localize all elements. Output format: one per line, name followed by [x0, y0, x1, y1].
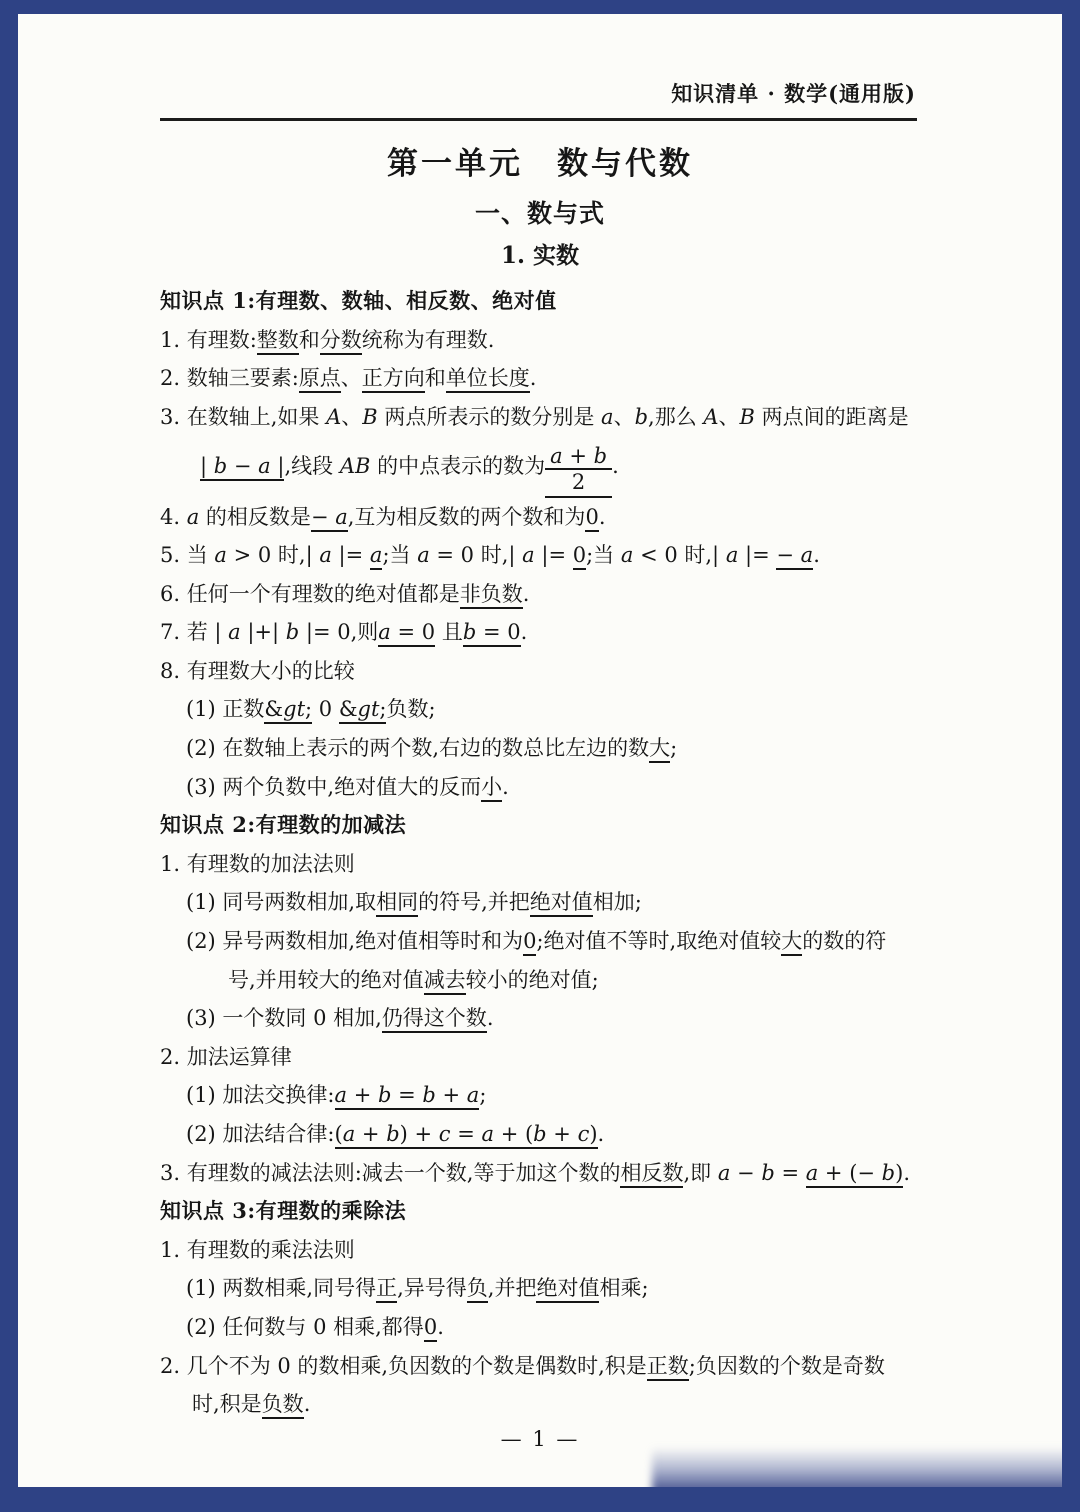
text-run: 知识点 1:有理数、数轴、相反数、绝对值 — [160, 288, 557, 313]
answer-blank: (a + b) + c = a + (b + c) — [335, 1122, 598, 1149]
text-run: 较小的绝对值; — [466, 968, 599, 992]
kp2-item-1-sub2: (2) 异号两数相加,绝对值相等时和为0;绝对值不等时,取绝对值较大的数的符 — [186, 922, 952, 961]
kp1-heading: 知识点 1:有理数、数轴、相反数、绝对值 — [160, 282, 952, 321]
text-run: b — [286, 620, 299, 644]
item-8-sub2: (2) 在数轴上表示的两个数,右边的数总比左边的数大; — [186, 729, 952, 768]
kp3-item-2: 2. 几个不为 0 的数相乘,负因数的个数是偶数时,积是正数;负因数的个数是奇数 — [160, 1347, 952, 1386]
answer-blank: 0 — [585, 505, 598, 532]
text-run: ;当 — [382, 543, 417, 567]
item-1-rational: 1. 有理数:整数和分数统称为有理数. — [160, 321, 952, 360]
text-run: = — [775, 1161, 806, 1185]
text-run: . — [598, 1122, 605, 1146]
text-run: 2. 数轴三要素: — [160, 366, 299, 390]
text-run: AB — [340, 454, 371, 478]
text-run: . — [521, 620, 528, 644]
text-run: ;当 — [586, 543, 621, 567]
text-run: (1) 同号两数相加,取 — [186, 890, 376, 914]
text-run: 负数; — [386, 697, 435, 721]
text-run: ; — [479, 1083, 486, 1107]
text-run: 1. 有理数: — [160, 328, 257, 352]
text-run: 7. 若 | — [160, 620, 228, 644]
answer-blank: 负数 — [262, 1392, 304, 1419]
kp2-item-3: 3. 有理数的减法法则:减去一个数,等于加这个数的相反数,即 a − b = a… — [160, 1154, 952, 1193]
text-run: (2) 在数轴上表示的两个数,右边的数总比左边的数 — [186, 736, 649, 760]
answer-blank: 0 — [573, 543, 586, 570]
text-run: A、B — [326, 405, 378, 429]
answer-blank: 分数 — [320, 328, 362, 355]
text-run: 的相反数是 — [199, 505, 311, 529]
kp3-item-1-sub2: (2) 任何数与 0 相乘,都得0. — [186, 1308, 952, 1347]
text-run: 6. 任何一个有理数的绝对值都是 — [160, 582, 460, 606]
text-run: 1. 有理数的加法法则 — [160, 852, 355, 876]
text-run: . — [502, 775, 509, 799]
kp3-item-1: 1. 有理数的乘法法则 — [160, 1231, 952, 1270]
answer-blank: 相同 — [376, 890, 418, 917]
text-run: 4. — [160, 505, 187, 529]
answer-blank: 仍得这个数 — [382, 1006, 487, 1033]
text-run: . — [903, 1161, 910, 1185]
kp2-item-1-sub3: (3) 一个数同 0 相加,仍得这个数. — [186, 999, 952, 1038]
section-title: 一、数与式 — [18, 194, 1062, 230]
answer-blank: b = 0 — [463, 620, 521, 647]
answer-blank: a = 0 — [378, 620, 435, 647]
text-run: a — [417, 543, 430, 567]
text-run: a、b — [601, 405, 648, 429]
screenshot-root: { "page": { "header_brand": "知识清单 · 数学(通… — [0, 0, 1080, 1512]
item-3-distance: 3. 在数轴上,如果 A、B 两点所表示的数分别是 a、b,那么 A、B 两点间… — [160, 398, 952, 437]
text-run: (2) 任何数与 0 相乘,都得 — [186, 1315, 424, 1339]
text-run: 时,积是 — [192, 1392, 262, 1416]
text-run: a — [228, 620, 241, 644]
kp2-item-2-sub1: (1) 加法交换律:a + b = b + a; — [186, 1076, 952, 1115]
text-run: (1) 正数 — [186, 697, 264, 721]
answer-blank: 大 — [649, 736, 670, 763]
item-7-sum-zero: 7. 若 | a |+| b |= 0,则a = 0 且b = 0. — [160, 613, 952, 652]
item-8-compare: 8. 有理数大小的比较 — [160, 652, 952, 691]
text-run: a − b — [718, 1161, 775, 1185]
item-8-sub1: (1) 正数&gt; 0 &gt;负数; — [186, 690, 952, 729]
text-run: . — [523, 582, 530, 606]
text-run: (1) 两数相乘,同号得 — [186, 1276, 376, 1300]
text-run: |+| — [241, 620, 286, 644]
text-run: 的数的符 — [802, 929, 886, 953]
text-run: 5. 当 — [160, 543, 214, 567]
text-run: (2) 加法结合律: — [186, 1122, 335, 1146]
kp2-item-1: 1. 有理数的加法法则 — [160, 845, 952, 884]
text-run: A、B — [703, 405, 755, 429]
text-run: . — [304, 1392, 311, 1416]
text-run: 的中点表示的数为 — [370, 454, 545, 478]
answer-blank: 0 — [424, 1315, 437, 1342]
kp2-item-2-sub2: (2) 加法结合律:(a + b) + c = a + (b + c). — [186, 1115, 952, 1154]
bottom-gradient-overlay — [652, 1435, 1062, 1487]
text-run: a — [319, 543, 332, 567]
text-run: ,异号得 — [397, 1276, 467, 1300]
answer-blank: 绝对值 — [530, 890, 593, 917]
item-8-sub3: (3) 两个负数中,绝对值大的反而小. — [186, 768, 952, 807]
text-run: . — [487, 1006, 494, 1030]
text-run: (3) 一个数同 0 相加, — [186, 1006, 382, 1030]
text-run: 相乘; — [599, 1276, 648, 1300]
answer-blank: 正方向 — [362, 366, 425, 393]
body-text: 知识点 1:有理数、数轴、相反数、绝对值1. 有理数:整数和分数统称为有理数.2… — [160, 282, 952, 1424]
text-run: ,并把 — [488, 1276, 537, 1300]
text-run: < 0 时,| — [633, 543, 725, 567]
answer-blank: a + (− b) — [806, 1161, 904, 1188]
kp3-item-2-continuation: 时,积是负数. — [192, 1385, 952, 1424]
text-run: 两点所表示的数分别是 — [378, 405, 601, 429]
text-run: ,线段 — [284, 454, 339, 478]
text-run: . — [612, 454, 619, 478]
item-6-nonnegative: 6. 任何一个有理数的绝对值都是非负数. — [160, 575, 952, 614]
text-run: 2. 加法运算律 — [160, 1045, 292, 1069]
text-run: ,互为相反数的两个数和为 — [348, 505, 586, 529]
text-run: 3. 在数轴上,如果 — [160, 405, 326, 429]
answer-blank: 整数 — [257, 328, 299, 355]
text-run: 3. 有理数的减法法则:减去一个数,等于加这个数的 — [160, 1161, 620, 1185]
text-run: 0 — [312, 697, 339, 721]
text-run: (1) 加法交换律: — [186, 1083, 335, 1107]
text-run: ,那么 — [648, 405, 703, 429]
lesson-title: 1. 实数 — [18, 237, 1062, 270]
paper-page: 知识清单 · 数学(通用版) 第一单元 数与代数 一、数与式 1. 实数 知识点… — [18, 14, 1062, 1487]
text-run: a — [522, 543, 535, 567]
kp2-heading: 知识点 2:有理数的加减法 — [160, 806, 952, 845]
text-run: a — [214, 543, 227, 567]
text-run: 8. 有理数大小的比较 — [160, 659, 355, 683]
kp2-item-2: 2. 加法运算律 — [160, 1038, 952, 1077]
page-header-brand: 知识清单 · 数学(通用版) — [18, 78, 916, 108]
answer-blank: | b − a | — [200, 454, 284, 481]
text-run: 1. 有理数的乘法法则 — [160, 1238, 355, 1262]
item-2-number-line: 2. 数轴三要素:原点、正方向和单位长度. — [160, 359, 952, 398]
text-run: 两点间的距离是 — [755, 405, 909, 429]
text-run: a — [621, 543, 634, 567]
text-run: 号,并用较大的绝对值 — [228, 968, 424, 992]
answer-blank: 小 — [481, 775, 502, 802]
answer-blank: 原点 — [299, 366, 341, 393]
text-run: 知识点 2:有理数的加减法 — [160, 812, 406, 837]
answer-blank: 0 — [523, 929, 536, 956]
text-run: . — [813, 543, 820, 567]
kp3-heading: 知识点 3:有理数的乘除法 — [160, 1192, 952, 1231]
answer-blank: &gt; — [339, 697, 387, 724]
header-rule — [160, 118, 917, 121]
text-run: 相加; — [593, 890, 642, 914]
answer-blank: 绝对值 — [536, 1276, 599, 1303]
text-run: a — [187, 505, 200, 529]
item-3-continuation: | b − a |,线段 AB 的中点表示的数为a + b2. — [200, 436, 952, 497]
text-run: 的符号,并把 — [418, 890, 530, 914]
text-run: |= — [738, 543, 776, 567]
kp3-item-1-sub1: (1) 两数相乘,同号得正,异号得负,并把绝对值相乘; — [186, 1269, 952, 1308]
answer-blank: 相反数 — [620, 1161, 683, 1188]
text-run: 和 — [425, 366, 446, 390]
text-run: |= — [535, 543, 573, 567]
answer-blank: 正 — [376, 1276, 397, 1303]
text-run: 统称为有理数. — [362, 328, 495, 352]
answer-blank: &gt; — [264, 697, 312, 724]
answer-blank: 正数 — [647, 1354, 689, 1381]
answer-blank: 减去 — [424, 968, 466, 995]
kp2-item-1-sub1: (1) 同号两数相加,取相同的符号,并把绝对值相加; — [186, 883, 952, 922]
text-run: . — [599, 505, 606, 529]
answer-blank: 大 — [781, 929, 802, 956]
answer-blank: 单位长度 — [446, 366, 530, 393]
item-5-absolute-value: 5. 当 a > 0 时,| a |= a;当 a = 0 时,| a |= 0… — [160, 536, 952, 575]
text-run: 且 — [435, 620, 463, 644]
text-run: ; — [670, 736, 677, 760]
answer-blank: − a — [311, 505, 348, 532]
answer-blank: 负 — [467, 1276, 488, 1303]
text-run: = 0 时,| — [430, 543, 522, 567]
text-run: 和 — [299, 328, 320, 352]
text-run: |= — [332, 543, 370, 567]
answer-blank: 非负数 — [460, 582, 523, 609]
text-run: (2) 异号两数相加,绝对值相等时和为 — [186, 929, 523, 953]
text-run: ;绝对值不等时,取绝对值较 — [536, 929, 781, 953]
text-run: |= 0,则 — [299, 620, 378, 644]
text-run: ;负因数的个数是奇数 — [689, 1354, 885, 1378]
text-run: . — [530, 366, 537, 390]
text-run: > 0 时,| — [227, 543, 319, 567]
answer-blank: a — [370, 543, 383, 570]
text-run: . — [437, 1315, 444, 1339]
text-run: (3) 两个负数中,绝对值大的反而 — [186, 775, 481, 799]
fraction-answer-blank: a + b2 — [545, 444, 612, 497]
item-4-opposite: 4. a 的相反数是− a,互为相反数的两个数和为0. — [160, 498, 952, 537]
text-run: ,即 — [683, 1161, 717, 1185]
answer-blank: − a — [776, 543, 813, 570]
answer-blank: a + b = b + a — [335, 1083, 480, 1110]
text-run: 知识点 3:有理数的乘除法 — [160, 1198, 406, 1223]
text-run: a — [726, 543, 739, 567]
text-run: 、 — [341, 366, 362, 390]
unit-title: 第一单元 数与代数 — [18, 138, 1062, 183]
text-run: 2. 几个不为 0 的数相乘,负因数的个数是偶数时,积是 — [160, 1354, 647, 1378]
kp2-item-1-sub2-continuation: 号,并用较大的绝对值减去较小的绝对值; — [228, 961, 952, 1000]
